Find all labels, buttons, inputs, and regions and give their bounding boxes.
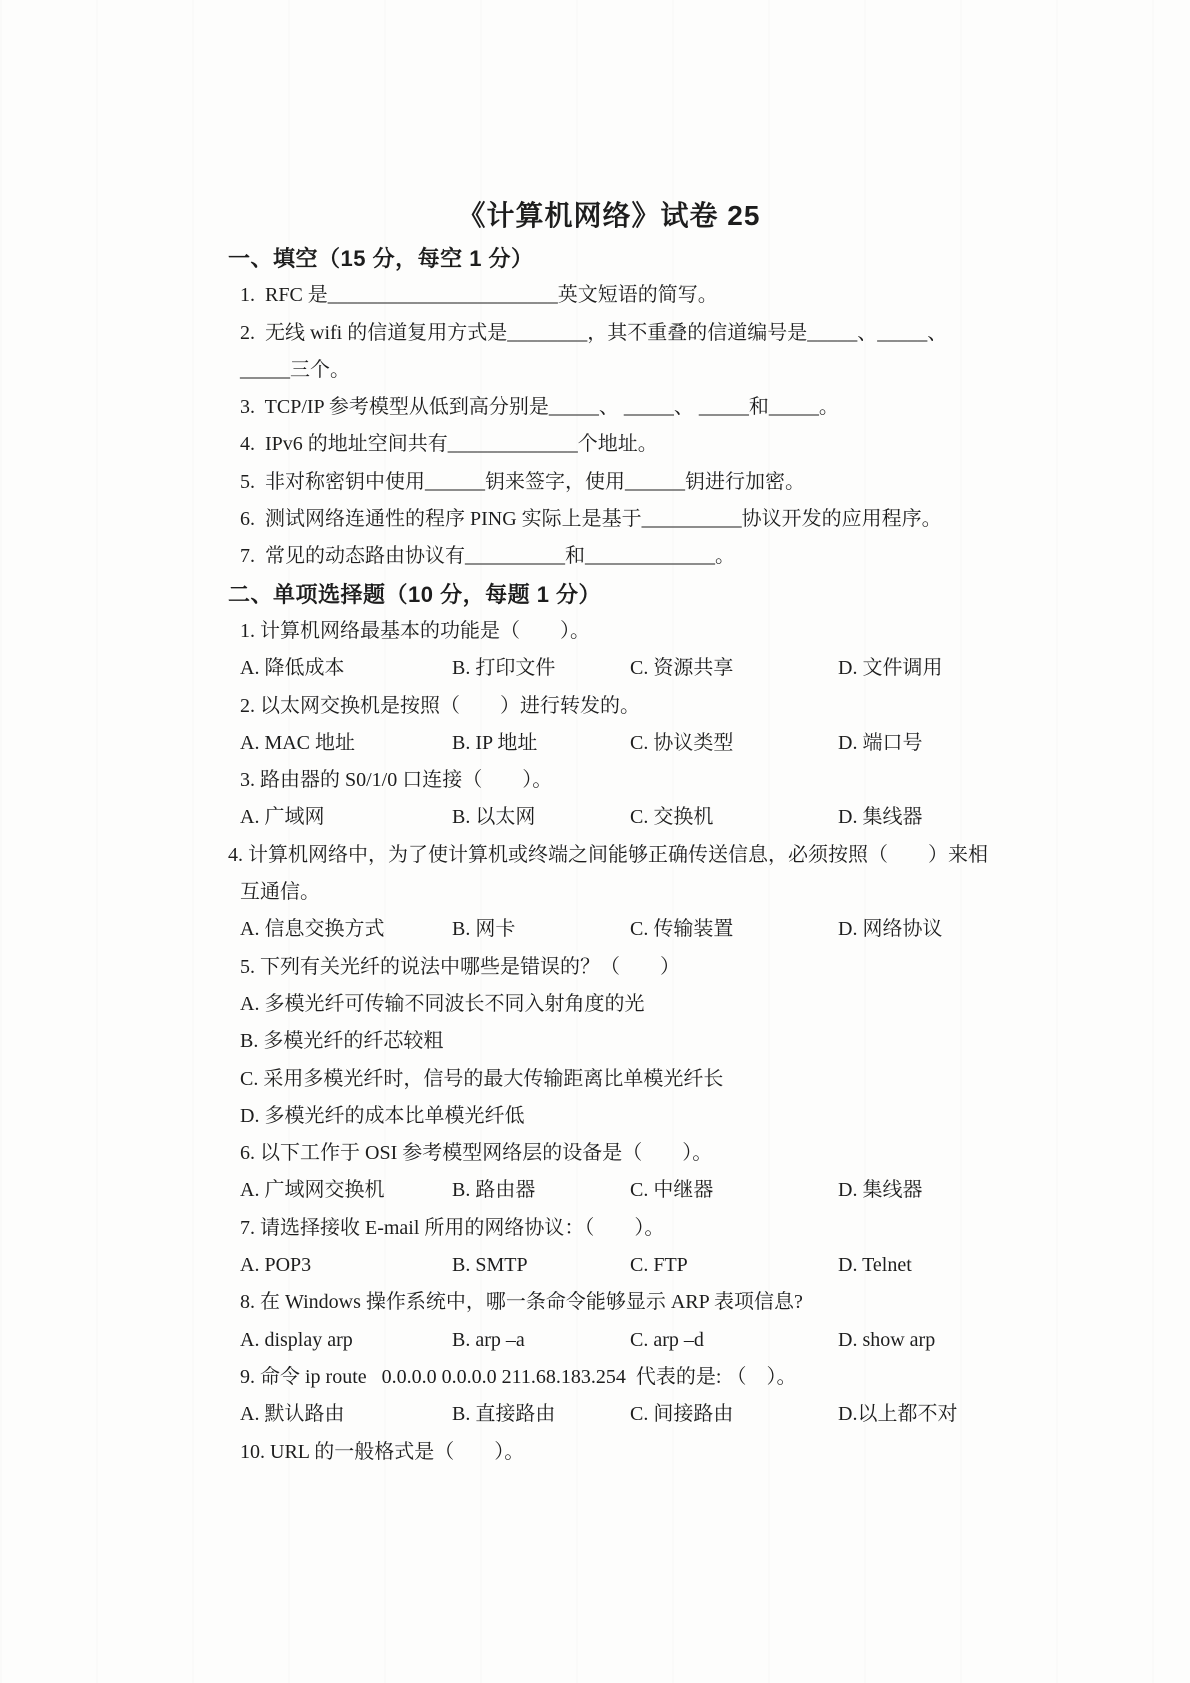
mc-options-row-9: A. 默认路由 B. 直接路由 C. 间接路由 D.以上都不对 <box>228 1396 990 1433</box>
mc-option-4c: C. 传输装置 <box>630 911 838 948</box>
mc-question-stem-5: 5. 下列有关光纤的说法中哪些是错误的？（ ） <box>228 949 990 986</box>
mc-question-stem-10: 10. URL 的一般格式是（ ）。 <box>228 1434 990 1471</box>
mc-option-8a: A. display arp <box>240 1322 452 1359</box>
fill-question-3: 3. TCP/IP 参考模型从低到高分别是_____、 _____、 _____… <box>228 389 990 426</box>
mc-option-3a: A. 广域网 <box>240 799 452 836</box>
mc-question-stem-8: 8. 在 Windows 操作系统中，哪一条命令能够显示 ARP 表项信息? <box>228 1284 990 1321</box>
mc-option-9a: A. 默认路由 <box>240 1396 452 1433</box>
mc-option-1a: A. 降低成本 <box>240 650 452 687</box>
mc-option-5d: D. 多模光纤的成本比单模光纤低 <box>228 1098 990 1135</box>
mc-question-stem-2: 2. 以太网交换机是按照（ ）进行转发的。 <box>228 688 990 725</box>
mc-option-6a: A. 广域网交换机 <box>240 1172 452 1209</box>
mc-option-3c: C. 交换机 <box>630 799 838 836</box>
mc-option-5a: A. 多模光纤可传输不同波长不同入射角度的光 <box>228 986 990 1023</box>
mc-options-row-4: A. 信息交换方式 B. 网卡 C. 传输装置 D. 网络协议 <box>228 911 990 948</box>
mc-option-7b: B. SMTP <box>452 1247 630 1284</box>
mc-question-stem-9: 9. 命令 ip route 0.0.0.0 0.0.0.0 211.68.18… <box>228 1359 990 1396</box>
mc-option-7c: C. FTP <box>630 1247 838 1284</box>
fill-question-7: 7. 常见的动态路由协议有__________和_____________。 <box>228 538 990 575</box>
mc-question-stem-7: 7. 请选择接收 E-mail 所用的网络协议：（ ）。 <box>228 1210 990 1247</box>
mc-option-5b: B. 多模光纤的纤芯较粗 <box>228 1023 990 1060</box>
fill-question-6: 6. 测试网络连通性的程序 PING 实际上是基于__________协议开发的… <box>228 501 990 538</box>
mc-option-4d: D. 网络协议 <box>838 911 990 948</box>
mc-option-2c: C. 协议类型 <box>630 725 838 762</box>
mc-question-stem-6: 6. 以下工作于 OSI 参考模型网络层的设备是（ ）。 <box>228 1135 990 1172</box>
mc-option-2a: A. MAC 地址 <box>240 725 452 762</box>
mc-option-9c: C. 间接路由 <box>630 1396 838 1433</box>
fill-question-5: 5. 非对称密钥中使用______钥来签字，使用______钥进行加密。 <box>228 464 990 501</box>
mc-option-6d: D. 集线器 <box>838 1172 990 1209</box>
mc-options-row-8: A. display arp B. arp –a C. arp –d D. sh… <box>228 1322 990 1359</box>
mc-option-9d: D.以上都不对 <box>838 1396 990 1433</box>
mc-option-2b: B. IP 地址 <box>452 725 630 762</box>
mc-option-5c: C. 采用多模光纤时，信号的最大传输距离比单模光纤长 <box>228 1061 990 1098</box>
mc-option-6c: C. 中继器 <box>630 1172 838 1209</box>
fill-question-1: 1. RFC 是_______________________英文短语的简写。 <box>228 277 990 314</box>
mc-options-row-7: A. POP3 B. SMTP C. FTP D. Telnet <box>228 1247 990 1284</box>
mc-option-4b: B. 网卡 <box>452 911 630 948</box>
mc-option-4a: A. 信息交换方式 <box>240 911 452 948</box>
exam-content: 一、填空（15 分，每空 1 分） 1. RFC 是______________… <box>228 240 990 1471</box>
mc-options-row-1: A. 降低成本 B. 打印文件 C. 资源共享 D. 文件调用 <box>228 650 990 687</box>
mc-option-8c: C. arp –d <box>630 1322 838 1359</box>
mc-option-1d: D. 文件调用 <box>838 650 990 687</box>
mc-option-6b: B. 路由器 <box>452 1172 630 1209</box>
mc-option-7a: A. POP3 <box>240 1247 452 1284</box>
mc-options-row-2: A. MAC 地址 B. IP 地址 C. 协议类型 D. 端口号 <box>228 725 990 762</box>
exam-title: 《计算机网络》试卷 25 <box>228 0 990 232</box>
mc-question-stem-3: 3. 路由器的 S0/1/0 口连接（ ）。 <box>228 762 990 799</box>
fill-question-2: 2. 无线 wifi 的信道复用方式是________，其不重叠的信道编号是__… <box>228 315 990 390</box>
mc-options-row-6: A. 广域网交换机 B. 路由器 C. 中继器 D. 集线器 <box>228 1172 990 1209</box>
mc-question-stem-1: 1. 计算机网络最基本的功能是（ ）。 <box>228 613 990 650</box>
mc-options-row-3: A. 广域网 B. 以太网 C. 交换机 D. 集线器 <box>228 799 990 836</box>
mc-option-7d: D. Telnet <box>838 1247 990 1284</box>
mc-option-8b: B. arp –a <box>452 1322 630 1359</box>
mc-option-3b: B. 以太网 <box>452 799 630 836</box>
choice-section-heading: 二、单项选择题（10 分，每题 1 分） <box>228 576 990 613</box>
fill-section-heading: 一、填空（15 分，每空 1 分） <box>228 240 990 277</box>
mc-option-2d: D. 端口号 <box>838 725 990 762</box>
fill-question-4: 4. IPv6 的地址空间共有_____________个地址。 <box>228 426 990 463</box>
mc-option-9b: B. 直接路由 <box>452 1396 630 1433</box>
mc-option-8d: D. show arp <box>838 1322 990 1359</box>
exam-page: 《计算机网络》试卷 25 一、填空（15 分，每空 1 分） 1. RFC 是_… <box>0 0 1190 1683</box>
mc-question-stem-4: 4. 计算机网络中，为了使计算机或终端之间能够正确传送信息，必须按照（ ）来相互… <box>228 837 990 912</box>
mc-option-3d: D. 集线器 <box>838 799 990 836</box>
mc-option-1b: B. 打印文件 <box>452 650 630 687</box>
mc-option-1c: C. 资源共享 <box>630 650 838 687</box>
